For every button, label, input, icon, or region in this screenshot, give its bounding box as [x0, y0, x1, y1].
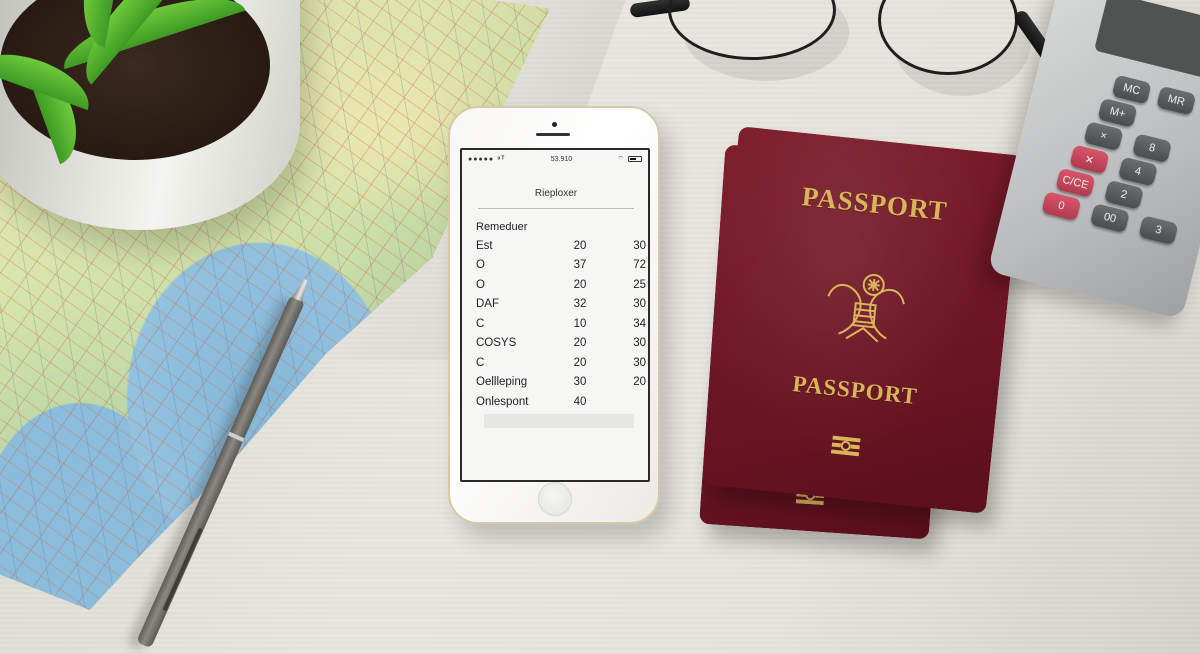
- glasses-lens-right: [878, 0, 1018, 75]
- row-label: C: [476, 318, 554, 330]
- status-time: 53.910: [551, 156, 572, 163]
- row-label: Oellleping: [476, 376, 554, 388]
- calculator-key[interactable]: 8: [1132, 133, 1172, 163]
- row-value-1: 32: [554, 298, 606, 310]
- row-value-1: 20: [554, 279, 606, 291]
- screen-input-bar[interactable]: [484, 414, 634, 428]
- row-value-1: 30: [554, 376, 606, 388]
- pen-band: [228, 432, 244, 442]
- signal-indicator: ●●●●● ⁹ᵀ: [468, 156, 505, 163]
- row-label: O: [476, 259, 554, 271]
- screen-title: Rieploxer: [478, 188, 634, 209]
- wifi-icon: ⌔: [617, 155, 624, 164]
- calculator-key[interactable]: M+: [1097, 98, 1137, 128]
- row-value-1: 20: [554, 240, 606, 252]
- list-item[interactable]: C2030: [462, 353, 648, 373]
- row-value-1: 10: [554, 318, 606, 330]
- calculator-key[interactable]: C/CE: [1055, 168, 1095, 198]
- row-value-1: 20: [554, 337, 606, 349]
- row-value-1: 20: [554, 357, 606, 369]
- row-value-1: 40: [554, 396, 606, 408]
- calculator-key[interactable]: 2: [1104, 180, 1144, 210]
- row-value-2: 30: [606, 337, 646, 349]
- pen-clip: [162, 528, 202, 612]
- row-label: COSYS: [476, 337, 554, 349]
- row-value-2: 25: [606, 279, 646, 291]
- row-label: DAF: [476, 298, 554, 310]
- front-camera: [552, 122, 557, 127]
- list-item[interactable]: Oellleping3020: [462, 373, 648, 393]
- smartphone: ●●●●● ⁹ᵀ 53.910 ⌔ Rieploxer Remeduer Est…: [448, 106, 660, 524]
- phone-screen: ●●●●● ⁹ᵀ 53.910 ⌔ Rieploxer Remeduer Est…: [460, 148, 650, 482]
- list-item[interactable]: DAF3230: [462, 295, 648, 315]
- passport-front: PASSPORT PASSPORT: [702, 126, 1023, 514]
- calculator-key[interactable]: MC: [1111, 75, 1151, 105]
- glasses-lens-left: [668, 0, 836, 60]
- eagle-emblem-icon: [815, 266, 915, 355]
- status-icons: ⌔: [617, 155, 642, 164]
- list-item[interactable]: Est2030: [462, 236, 648, 256]
- passport-title-top: PASSPORT: [731, 174, 1018, 235]
- passport-title-bottom: PASSPORT: [712, 363, 998, 419]
- calculator-key[interactable]: 4: [1118, 157, 1158, 187]
- row-label: Onlespont: [476, 396, 554, 408]
- calculator-key[interactable]: MR: [1156, 86, 1196, 116]
- data-list: Est2030O3772O2025DAF3230C1034COSYS2030C2…: [462, 236, 648, 412]
- calculator-display: [1094, 0, 1200, 89]
- row-value-1: 37: [554, 259, 606, 271]
- phone-speaker: [536, 133, 570, 136]
- status-bar: ●●●●● ⁹ᵀ 53.910 ⌔: [462, 150, 648, 164]
- list-item[interactable]: O2025: [462, 275, 648, 295]
- row-label: O: [476, 279, 554, 291]
- eyeglasses: [630, 0, 1050, 110]
- row-value-2: 20: [606, 376, 646, 388]
- list-item[interactable]: C1034: [462, 314, 648, 334]
- calculator-key[interactable]: ✕: [1069, 144, 1109, 174]
- list-item[interactable]: Onlespont40: [462, 392, 648, 412]
- row-label: C: [476, 357, 554, 369]
- desk-scene: ●●●●● ⁹ᵀ 53.910 ⌔ Rieploxer Remeduer Est…: [0, 0, 1200, 654]
- calculator-key[interactable]: 3: [1138, 215, 1178, 245]
- row-value-2: 30: [606, 240, 646, 252]
- biometric-chip-icon: [831, 436, 861, 457]
- list-item[interactable]: COSYS2030: [462, 334, 648, 354]
- battery-icon: [628, 156, 642, 162]
- row-value-2: 30: [606, 357, 646, 369]
- section-header: Remeduer: [476, 221, 648, 233]
- calculator-key[interactable]: ×: [1083, 121, 1123, 151]
- row-value-2: 72: [606, 259, 646, 271]
- list-item[interactable]: O3772: [462, 256, 648, 276]
- calculator-key[interactable]: 0: [1041, 191, 1081, 221]
- calculator-key[interactable]: 00: [1090, 203, 1130, 233]
- row-label: Est: [476, 240, 554, 252]
- row-value-2: 30: [606, 298, 646, 310]
- home-button[interactable]: [538, 482, 572, 516]
- row-value-2: 34: [606, 318, 646, 330]
